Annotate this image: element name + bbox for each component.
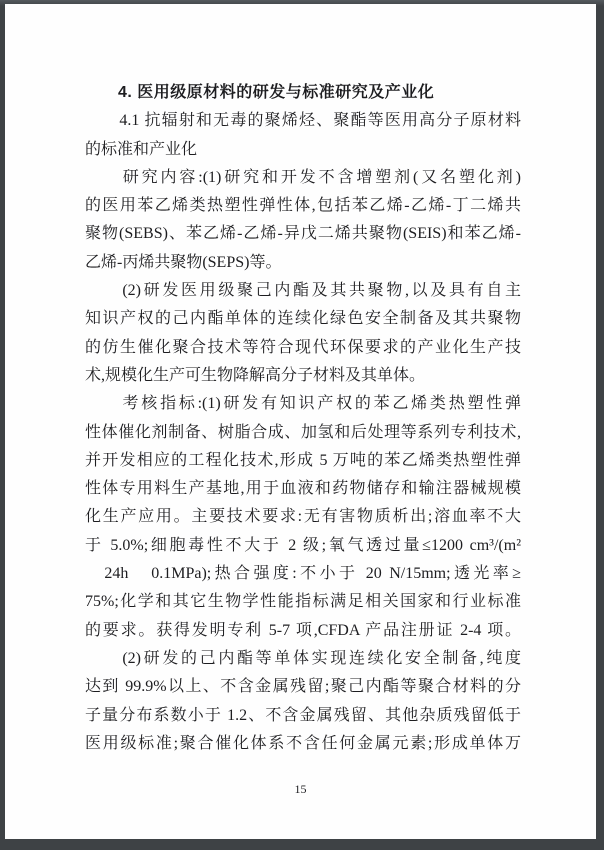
text-line: 化生产应用。主要技术要求:无有害物质析出;溶血率不大 bbox=[85, 503, 521, 531]
scanned-page-viewport: 4. 医用级原材料的研发与标准研究及产业化 4.1 抗辐射和无毒的聚烯烃、聚酯等… bbox=[0, 0, 604, 850]
text-line: (2)研发医用级聚己内酯及其共聚物,以及具有自主 bbox=[85, 277, 521, 305]
subsection-heading-line: 的标准和产业化 bbox=[85, 136, 521, 164]
document-page: 4. 医用级原材料的研发与标准研究及产业化 4.1 抗辐射和无毒的聚烯烃、聚酯等… bbox=[5, 4, 596, 839]
subsection-heading-line: 4.1 抗辐射和无毒的聚烯烃、聚酯等医用高分子原材料 bbox=[85, 107, 521, 135]
text-line: 的仿生催化聚合技术等符合现代环保要求的产业化生产技 bbox=[85, 334, 521, 362]
text-line: 聚物(SEBS)、苯乙烯-乙烯-异戊二烯共聚物(SEIS)和苯乙烯- bbox=[85, 220, 521, 248]
text-line: 子量分布系数小于 1.2、不含金属残留、其他杂质残留低于 bbox=[85, 702, 521, 730]
text-line: 知识产权的己内酯单体的连续化绿色安全制备及其共聚物 bbox=[85, 305, 521, 333]
text-line: 于 5.0%;细胞毒性不大于 2 级;氧气透过量≤1200 cm³/(m² bbox=[85, 532, 521, 560]
text-line: 术,规模化生产可生物降解高分子材料及其单体。 bbox=[85, 362, 521, 390]
text-line: 达到 99.9%以上、不含金属残留;聚己内酯等聚合材料的分 bbox=[85, 673, 521, 701]
text-line: 的要求。获得发明专利 5-7 项,CFDA 产品注册证 2-4 项。 bbox=[85, 617, 521, 645]
text-line: 并开发相应的工程化技术,形成 5 万吨的苯乙烯类热塑性弹 bbox=[85, 447, 521, 475]
text-line: 考核指标:(1)研发有知识产权的苯乙烯类热塑性弹 bbox=[85, 390, 521, 418]
text-line: 75%;化学和其它生物学性能指标满足相关国家和行业标准 bbox=[85, 588, 521, 616]
text-line: 研究内容:(1)研究和开发不含增塑剂(又名塑化剂) bbox=[85, 164, 521, 192]
text-line: 的医用苯乙烯类热塑性弹性体,包括苯乙烯-乙烯-丁二烯共 bbox=[85, 192, 521, 220]
text-line: 医用级标准;聚合催化体系不含任何金属元素;形成单体万 bbox=[85, 730, 521, 758]
text-line: 乙烯-丙烯共聚物(SEPS)等。 bbox=[85, 249, 521, 277]
section-heading: 4. 医用级原材料的研发与标准研究及产业化 bbox=[85, 79, 521, 107]
text-line: 性体催化剂制备、树脂合成、加氢和后处理等系列专利技术, bbox=[85, 419, 521, 447]
page-number: 15 bbox=[5, 782, 596, 797]
document-body: 4. 医用级原材料的研发与标准研究及产业化 4.1 抗辐射和无毒的聚烯烃、聚酯等… bbox=[85, 79, 521, 758]
text-line: 性体专用料生产基地,用于血液和药物储存和输注器械规模 bbox=[85, 475, 521, 503]
text-line: (2)研发的己内酯等单体实现连续化安全制备,纯度 bbox=[85, 645, 521, 673]
text-line: 24h 0.1MPa);热合强度:不小于 20 N/15mm;透光率≥ bbox=[85, 560, 521, 588]
